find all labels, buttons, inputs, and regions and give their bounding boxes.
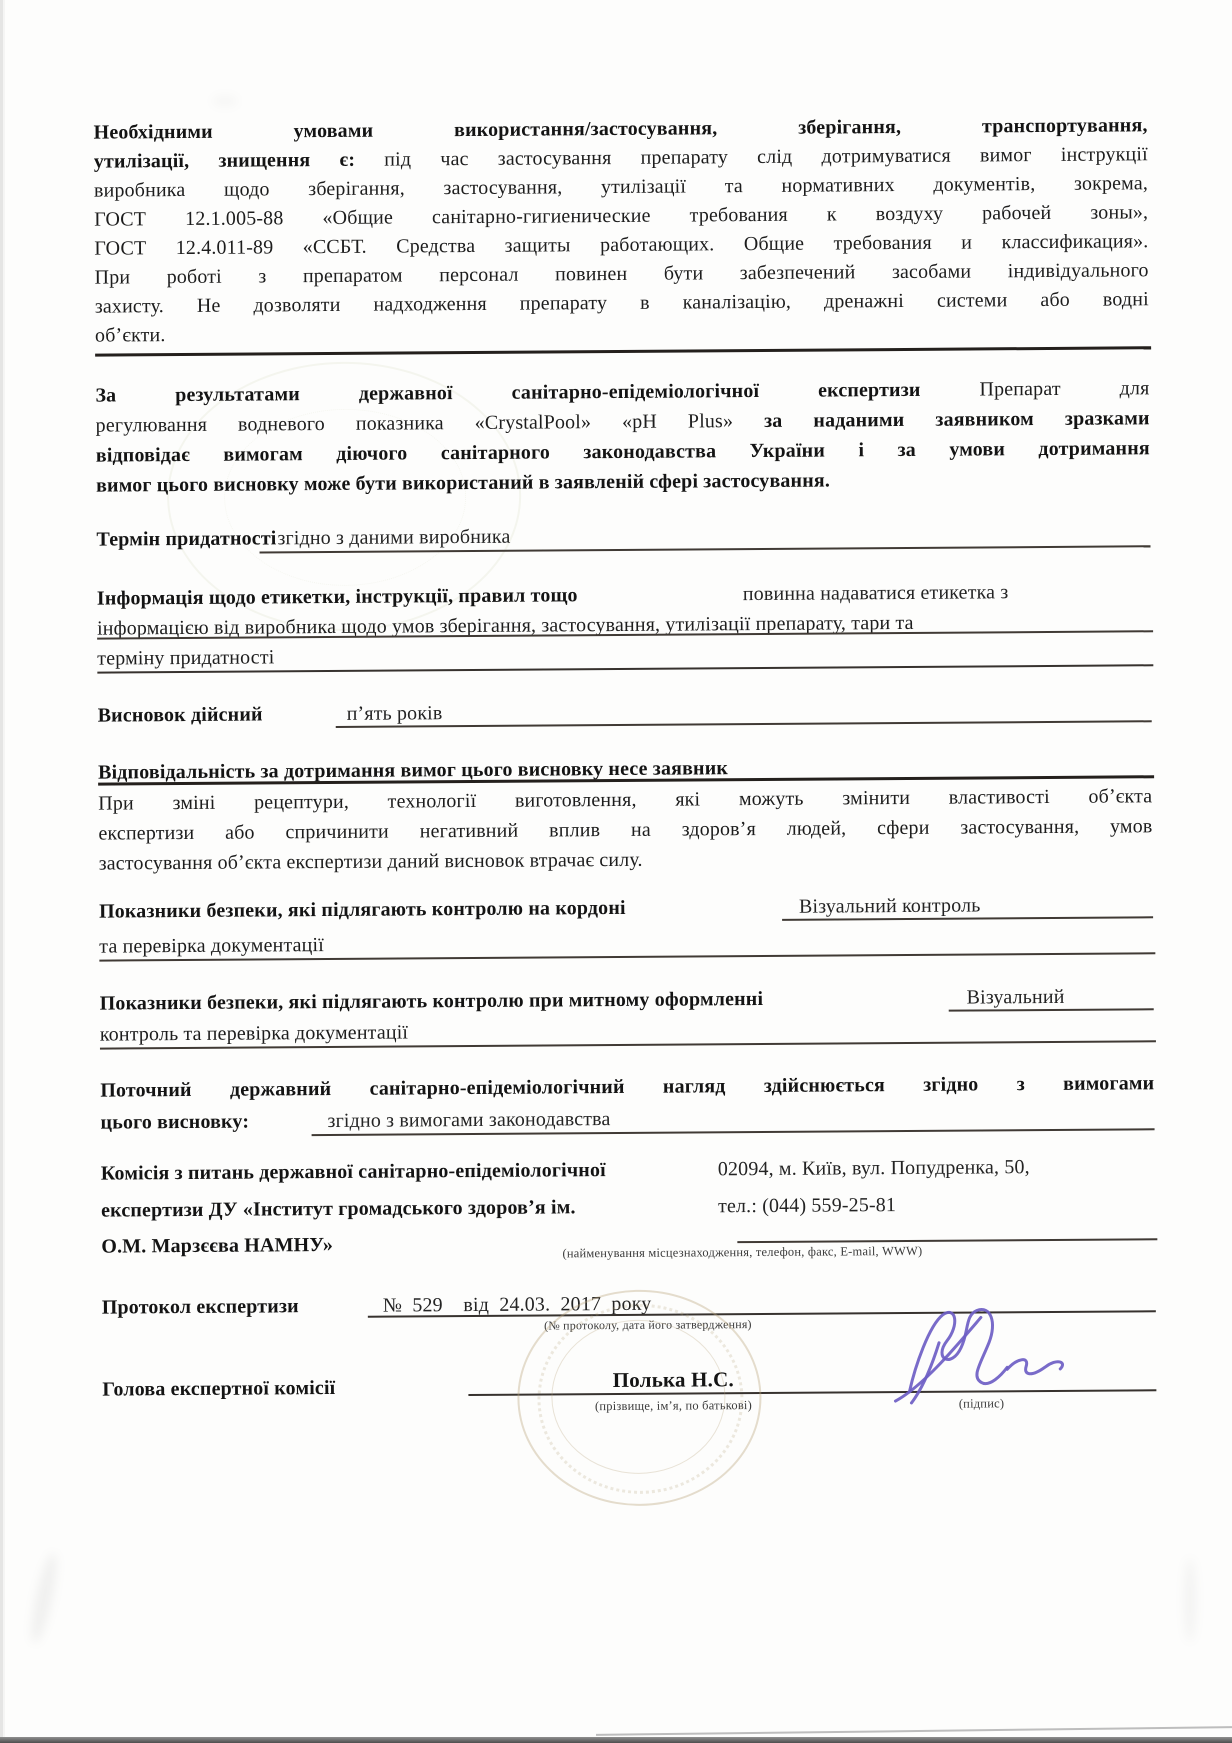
- commission-caption: (найменування місцезнаходження, телефон,…: [562, 1244, 922, 1262]
- commission-line-1: Комісія з питань державної санітарно-епі…: [101, 1152, 1155, 1189]
- commission-address-2: тел.: (044) 559-25-81: [718, 1191, 896, 1221]
- head-of-commission-label: Голова експертної комісії: [102, 1377, 335, 1401]
- validity-label: Висновок дійсний: [98, 703, 263, 726]
- commission-address-1: 02094, м. Київ, вул. Попудренка, 50,: [718, 1153, 1030, 1184]
- usage-conditions-line-8: об’єкти.: [95, 314, 1149, 351]
- document-sheet: Необхідними умовами використання/застосу…: [0, 0, 1232, 1743]
- validity-field: Висновок дійсний п’ять років: [98, 694, 1152, 731]
- conclusion-line-4: вимог цього висновку може бути використа…: [96, 464, 1150, 501]
- usage-conditions-bold: Необхідними умовами використання/застосу…: [94, 114, 1148, 143]
- scan-smudge-top: [212, 96, 238, 106]
- scan-artifact-bottom-edge: [0, 1737, 1232, 1743]
- signature-stroke-tail: [1007, 1359, 1062, 1374]
- shelf-life-label: Термін придатності: [96, 527, 276, 550]
- label-info-value-1: повинна надаватися етикетка з: [743, 578, 1009, 609]
- customs-control-label: Показники безпеки, які підлягають контро…: [100, 988, 764, 1015]
- surveillance-label-2: цього висновку:: [100, 1111, 249, 1134]
- scan-artifact-left-edge-2: [3, 0, 5, 1743]
- surveillance-line-1: Поточний державний санітарно-епідеміолог…: [100, 1069, 1154, 1106]
- protocol-label: Протокол експертизи: [102, 1295, 299, 1318]
- responsibility-line-3: застосування об’єкта експертизи даний ви…: [99, 842, 1153, 879]
- commission-line-2: експертизи ДУ «Інститут громадського здо…: [101, 1189, 1155, 1226]
- signature-stroke-cross: [895, 1317, 982, 1401]
- head-name-caption: (прізвище, ім’я, по батькові): [523, 1398, 823, 1415]
- scanned-document-page: Необхідними умовами використання/застосу…: [0, 0, 1232, 1743]
- shelf-life-value: згідно з даними виробника: [277, 523, 510, 554]
- head-name: Полька Н.С.: [523, 1367, 823, 1393]
- protocol-caption: (№ протоколу, дата його затвердження): [498, 1317, 798, 1334]
- signature-ink: [875, 1295, 1086, 1411]
- scan-smudge-right: [1184, 1558, 1196, 1642]
- border-control-label: Показники безпеки, які підлягають контро…: [99, 897, 626, 923]
- border-control-field: Показники безпеки, які підлягають контро…: [99, 890, 1153, 927]
- label-info-label: Інформація щодо етикетки, інструкції, пр…: [97, 584, 578, 609]
